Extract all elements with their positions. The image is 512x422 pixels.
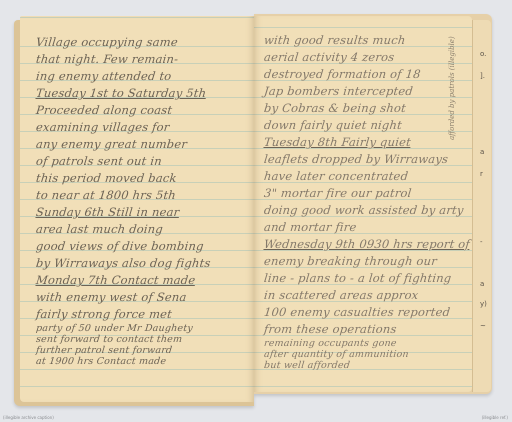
margin-note: afforded by patrols (illegible) — [448, 36, 456, 140]
handwritten-line: have later concentrated — [263, 168, 459, 185]
handwritten-line: by Wirraways also dog fights — [35, 255, 247, 272]
handwritten-line: that night. Few remain- — [35, 51, 247, 68]
handwritten-line: party of 50 under Mr Daughety — [35, 323, 246, 334]
handwritten-line: good views of dive bombing — [35, 238, 247, 255]
date-heading-line: Monday 7th Contact made — [35, 272, 247, 289]
left-page: Village occupying same that night. Few r… — [20, 16, 254, 402]
handwritten-line: further patrol sent forward — [35, 345, 246, 356]
handwritten-line: leaflets dropped by Wirraways — [263, 151, 459, 168]
right-page-text: with good results much aerial activity 4… — [264, 32, 458, 371]
left-page-text: Village occupying same that night. Few r… — [36, 34, 246, 367]
handwritten-line: from these operations — [263, 321, 459, 338]
handwritten-line: remaining occupants gone — [263, 338, 458, 349]
handwritten-line: at 1900 hrs Contact made — [35, 356, 246, 367]
notebook-spread: Village occupying same that night. Few r… — [14, 14, 492, 406]
handwritten-line: after quantity of ammunition — [263, 349, 458, 360]
handwritten-line: in scattered areas approx — [263, 287, 459, 304]
handwritten-line: of patrols sent out in — [35, 153, 247, 170]
handwritten-line: area last much doing — [35, 221, 247, 238]
handwritten-line: Proceeded along coast — [35, 102, 247, 119]
handwritten-line: ing enemy attended to — [35, 68, 247, 85]
archive-reference: (illegible ref.) — [482, 415, 508, 420]
handwritten-line: line - plans to - a lot of fighting — [263, 270, 459, 287]
handwritten-line: and mortar fire — [263, 219, 459, 236]
handwritten-line: with good results much — [263, 32, 459, 49]
date-heading-line: Tuesday 8th Fairly quiet — [263, 134, 459, 151]
handwritten-line: but well afforded — [263, 360, 458, 371]
handwritten-line: any enemy great number — [35, 136, 247, 153]
handwritten-line: destroyed formation of 18 — [263, 66, 459, 83]
right-page: with good results much aerial activity 4… — [254, 16, 472, 392]
handwritten-line: down fairly quiet night — [263, 117, 459, 134]
handwritten-line: Village occupying same — [35, 34, 247, 51]
date-heading-line: Sunday 6th Still in near — [35, 204, 247, 221]
handwritten-line: aerial activity 4 zeros — [263, 49, 459, 66]
handwritten-line: 3" mortar fire our patrol — [263, 185, 459, 202]
handwritten-line: examining villages for — [35, 119, 247, 136]
archive-caption: (illegible archive caption) — [3, 415, 54, 420]
handwritten-line: by Cobras & being shot — [263, 100, 459, 117]
handwritten-line: enemy breaking through our — [263, 253, 459, 270]
date-heading-line: Wednesday 9th 0930 hrs report of — [263, 236, 459, 253]
handwritten-line: with enemy west of Sena — [35, 289, 247, 306]
handwritten-line: to near at 1800 hrs 5th — [35, 187, 247, 204]
handwritten-line: 100 enemy casualties reported — [263, 304, 459, 321]
handwritten-line: fairly strong force met — [35, 306, 247, 323]
handwritten-line: doing good work assisted by arty — [263, 202, 459, 219]
handwritten-line: this period moved back — [35, 170, 247, 187]
handwritten-line: sent forward to contact them — [35, 334, 246, 345]
date-heading-line: Tuesday 1st to Saturday 5th — [35, 85, 247, 102]
handwritten-line: Jap bombers intercepted — [263, 83, 459, 100]
